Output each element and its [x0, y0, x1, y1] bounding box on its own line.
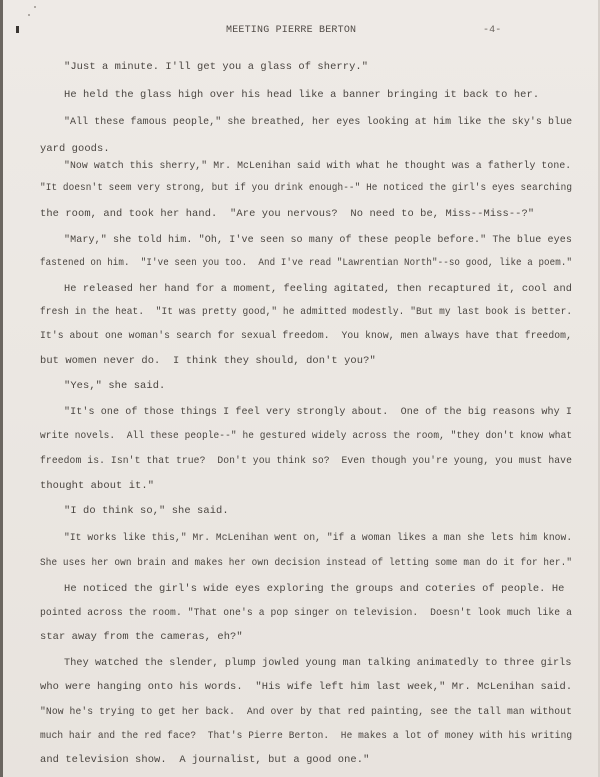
text-line: "Yes," she said.: [64, 380, 165, 392]
page-number: -4-: [483, 25, 501, 36]
text-line: "It doesn't seem very strong, but if you…: [40, 182, 572, 194]
text-line: who were hanging onto his words. "His wi…: [40, 681, 572, 693]
text-line: pointed across the room. "That one's a p…: [40, 607, 572, 619]
text-line: "It's one of those things I feel very st…: [64, 406, 572, 418]
text-line: fresh in the heat. "It was pretty good,"…: [40, 306, 572, 318]
text-line: write novels. All these people--" he ges…: [40, 430, 572, 442]
text-line: and television show. A journalist, but a…: [40, 754, 369, 766]
text-line: fastened on him. "I've seen you too. And…: [40, 257, 572, 269]
text-line: He noticed the girl's wide eyes explorin…: [64, 583, 565, 595]
typewritten-page: MEETING PIERRE BERTON -4- "Just a minute…: [0, 0, 600, 777]
paper-speck: [34, 6, 36, 8]
ink-mark: [16, 26, 19, 33]
page-left-edge: [0, 0, 3, 777]
text-line: "Now he's trying to get her back. And ov…: [40, 706, 572, 718]
text-line: He held the glass high over his head lik…: [64, 89, 539, 101]
text-line: She uses her own brain and makes her own…: [40, 557, 572, 569]
text-line: "All these famous people," she breathed,…: [64, 116, 572, 128]
text-line: the room, and took her hand. "Are you ne…: [40, 208, 534, 220]
text-line: "It works like this," Mr. McLenihan went…: [64, 532, 572, 544]
text-line: but women never do. I think they should,…: [40, 355, 376, 367]
text-line: "I do think so," she said.: [64, 505, 229, 517]
text-line: They watched the slender, plump jowled y…: [64, 657, 572, 669]
text-line: star away from the cameras, eh?": [40, 631, 243, 643]
text-line: "Now watch this sherry," Mr. McLenihan s…: [64, 160, 571, 172]
paper-speck: [28, 14, 30, 16]
text-line: yard goods.: [40, 143, 110, 155]
text-line: thought about it.": [40, 480, 154, 492]
page-title: MEETING PIERRE BERTON: [226, 25, 356, 36]
text-line: It's about one woman's search for sexual…: [40, 330, 572, 342]
text-line: "Just a minute. I'll get you a glass of …: [64, 61, 368, 73]
text-line: much hair and the red face? That's Pierr…: [40, 730, 572, 742]
text-line: freedom is. Isn't that true? Don't you t…: [40, 455, 572, 467]
text-line: "Mary," she told him. "Oh, I've seen so …: [64, 234, 572, 246]
text-line: He released her hand for a moment, feeli…: [64, 283, 572, 295]
